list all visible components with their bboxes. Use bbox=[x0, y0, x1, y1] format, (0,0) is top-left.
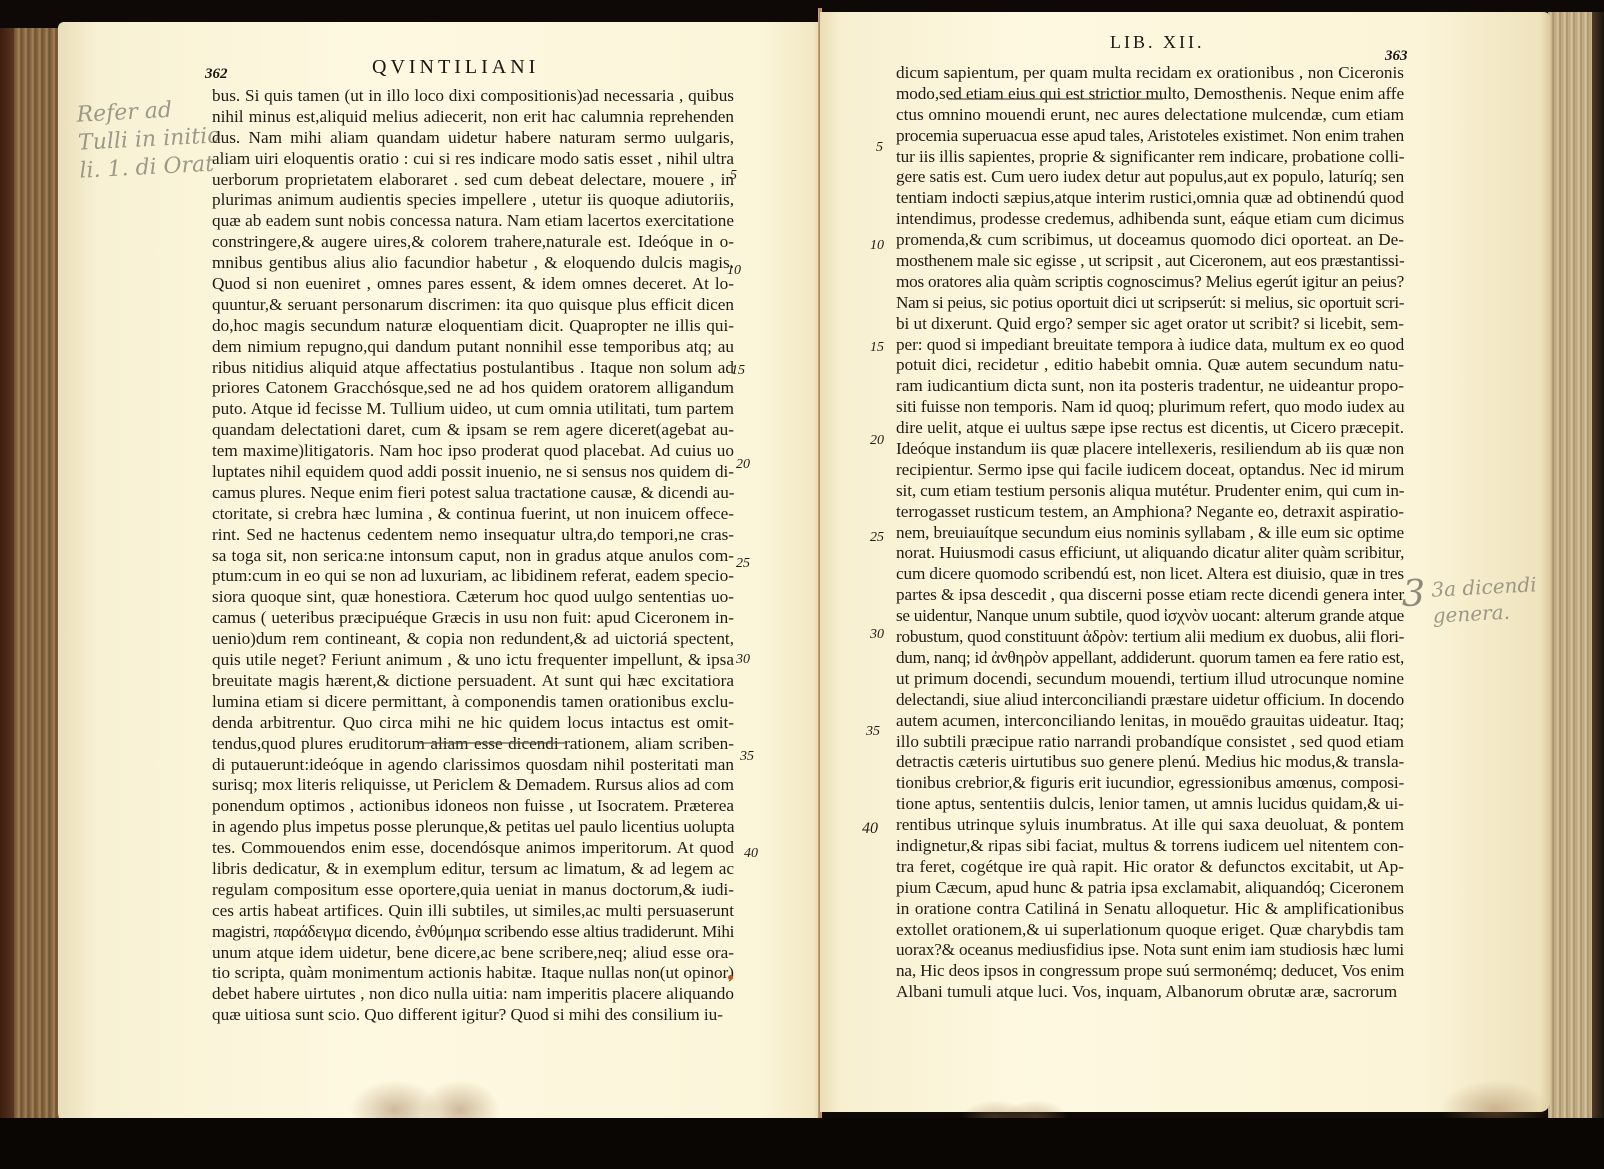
text-line: tra feret, cogétque ire quà rapit. Hic o… bbox=[896, 857, 1404, 878]
text-line: ribus nitidius aliquid atque affectatius… bbox=[212, 358, 734, 379]
red-ink-dot bbox=[728, 975, 733, 980]
text-line: nem, breuiauítque secundum eius nominis … bbox=[896, 523, 1404, 544]
text-line: do,hoc magis secundum naturæ eloquentiam… bbox=[212, 316, 734, 337]
text-line: ctoritate, si crebra hæc lumina , & cont… bbox=[212, 504, 734, 525]
text-line: breuitate magis hærent,& dictione persua… bbox=[212, 671, 734, 692]
text-line: debet habere uirtutes , non dico nulla u… bbox=[212, 984, 734, 1005]
text-line: recipientur. Sermo ipse qui facile iudic… bbox=[896, 460, 1404, 481]
text-line: tio scripta, quàm monimentum actionis ha… bbox=[212, 963, 734, 984]
left-page-text: bus. Si quis tamen (ut in illo loco dixi… bbox=[212, 86, 734, 1026]
text-line: autem acumen, interconciliando lenitas, … bbox=[896, 711, 1404, 732]
text-line: terrogasset rusticum testem, an Amphiona… bbox=[896, 502, 1404, 523]
text-line: tione aptus, sententiis dulcis, lenior t… bbox=[896, 794, 1404, 815]
line-number: 35 bbox=[740, 749, 754, 765]
text-line: camus ( ueteribus præcipuéque Græcis in … bbox=[212, 608, 734, 629]
text-line: in oratione contra Catiliná in Senatu al… bbox=[896, 899, 1404, 920]
line-number: 20 bbox=[870, 433, 884, 449]
text-line: priores Catonem Gracchósque,sed ne ad ho… bbox=[212, 378, 734, 399]
text-line: dus. Nam mihi aliam quandam uidetur habe… bbox=[212, 128, 734, 149]
text-line: tur iis illis sapientes, proprie & signi… bbox=[896, 147, 1404, 168]
text-line: tentiam indocti sæpius,atque interim rus… bbox=[896, 188, 1404, 209]
text-line: dem nimium repugno,qui dandum putant non… bbox=[212, 337, 734, 358]
text-line: quæ uitiosa sunt scio. Quo different igi… bbox=[212, 1005, 734, 1026]
annotation-line: genera. bbox=[1432, 597, 1539, 628]
text-line: bi ut dixerunt. Quid ergo? semper sic ag… bbox=[896, 314, 1404, 335]
text-line: di putauerunt:ideóque in agendo clarissi… bbox=[212, 755, 734, 776]
text-line: Quod si non eueniret , omnes pares essen… bbox=[212, 274, 734, 295]
text-line: nihil minus est,aliquid melius adiecerit… bbox=[212, 107, 734, 128]
line-number: 10 bbox=[727, 263, 741, 279]
text-line: mos oratores alia quàm scriptis cognosci… bbox=[896, 272, 1404, 293]
text-line: per: quod si impediant breuitate tempora… bbox=[896, 335, 1404, 356]
text-line: aliam uiri eloquentis oratio : cui si re… bbox=[212, 149, 734, 170]
ink-underline bbox=[948, 98, 1163, 100]
text-line: Nam si peius, sic potius oportuit dici u… bbox=[896, 293, 1404, 314]
text-line: ces artis habeat artifices. Quin illi su… bbox=[212, 901, 734, 922]
text-line: uorax?& oceanus mediusfidius ipse. Nota … bbox=[896, 940, 1404, 961]
text-line: modo,sed etiam eius qui est strictior mu… bbox=[896, 84, 1404, 105]
text-line: detractis cæteris uirtutibus suo genere … bbox=[896, 752, 1404, 773]
text-line: surisq; mox literis reliquisse, ut Peric… bbox=[212, 775, 734, 796]
text-line: norat. Huiusmodi casus efficiunt, ut ali… bbox=[896, 543, 1404, 564]
text-line: siti fuisse non temporis. Nam id quoq; p… bbox=[896, 397, 1404, 418]
left-folio-number: 362 bbox=[205, 66, 228, 83]
text-line: uerborum proprietatem elaboraret . sed c… bbox=[212, 170, 734, 191]
line-number: 40 bbox=[744, 846, 758, 862]
text-line: ut primum docendi, secundum mouendi, ter… bbox=[896, 669, 1404, 690]
text-line: quandam delectationi daret, cum & ipsam … bbox=[212, 420, 734, 441]
open-book-spread: 362 QVINTILIANI Refer ad Tulli in initio… bbox=[0, 0, 1604, 1169]
text-line: extollet orationem,& ui superlationum qu… bbox=[896, 920, 1404, 941]
text-line: quuntur,& seruant personarum discrimen: … bbox=[212, 295, 734, 316]
right-page-edges bbox=[1548, 12, 1604, 1122]
text-line: ctus omnino mouendi erunt, nec aures del… bbox=[896, 105, 1404, 126]
text-line: intendimus, prodesse credemus, adhibenda… bbox=[896, 209, 1404, 230]
text-line: rentibus utrinque syluis inumbratus. At … bbox=[896, 815, 1404, 836]
text-line: camus plures. Neque enim fieri potest sa… bbox=[212, 483, 734, 504]
text-line: delectandi, siue aliud interconciliandi … bbox=[896, 690, 1404, 711]
line-number: 40 bbox=[862, 820, 878, 838]
table-background bbox=[0, 1118, 1604, 1169]
text-line: sa toga sit, non serica:ne intonsum capu… bbox=[212, 546, 734, 567]
text-line: procemia superuacua esse apud tales, Ari… bbox=[896, 126, 1404, 147]
text-line: rint. Sed ne hactenus cedentem nemo inse… bbox=[212, 525, 734, 546]
text-line: tem maxime)litigatoris. Nam hoc ipso pro… bbox=[212, 441, 734, 462]
ink-underline bbox=[418, 742, 566, 744]
text-line: in agendo plus impetus posse plerunque,&… bbox=[212, 817, 734, 838]
text-line: lumina etiam si dicere permittant, à com… bbox=[212, 692, 734, 713]
margin-bracket-mark: 3 bbox=[1402, 574, 1425, 615]
line-number: 15 bbox=[870, 340, 884, 356]
text-line: dire uelit, atque ei uultus sæpe ipse re… bbox=[896, 418, 1404, 439]
text-line: indignetur,& ripas sibi faciat, multus &… bbox=[896, 836, 1404, 857]
text-line: sit, cum etiam testium personis aliqua m… bbox=[896, 481, 1404, 502]
text-line: bus. Si quis tamen (ut in illo loco dixi… bbox=[212, 86, 734, 107]
line-number: 25 bbox=[870, 530, 884, 546]
right-running-head: LIB. XII. bbox=[1110, 32, 1204, 53]
text-line: luptates nihil equidem quod addi possit … bbox=[212, 462, 734, 483]
text-line: Albani tumuli atque luci. Vos, inquam, A… bbox=[896, 982, 1404, 1003]
text-line: dicum sapientum, per quam multa recidam … bbox=[896, 63, 1404, 84]
text-line: quis utile neget? Feriunt animum , & uno… bbox=[212, 650, 734, 671]
annotation-line: 3a dicendi bbox=[1431, 571, 1538, 602]
text-line: ram iudicantium dicta sunt, non ita post… bbox=[896, 376, 1404, 397]
line-number: 35 bbox=[866, 724, 880, 740]
right-margin-annotation: 3a dicendi genera. bbox=[1431, 571, 1539, 628]
left-margin-annotation: Refer ad Tulli in initio li. 1. di Orat bbox=[76, 94, 223, 185]
text-line: quæ ab eadem sunt nobis concessa natura.… bbox=[212, 211, 734, 232]
text-line: promenda,& cum scribimus, ut doceamus qu… bbox=[896, 230, 1404, 251]
line-number: 5 bbox=[730, 168, 737, 184]
text-line: se uidentur, Nanque unum subtile, quod ἰ… bbox=[896, 606, 1404, 627]
text-line: mnibus gentibus alius alio facundior hab… bbox=[212, 253, 734, 274]
text-line: libris dedicatur, & in exemplum editur, … bbox=[212, 859, 734, 880]
text-line: tionibus crebrior,& figuris erit iucundi… bbox=[896, 773, 1404, 794]
text-line: unum atque idem uidetur, bene dicere,ac … bbox=[212, 943, 734, 964]
text-line: potuit dici, recidetur , editio habebit … bbox=[896, 355, 1404, 376]
text-line: Ideóque instandum iis quæ placere intell… bbox=[896, 439, 1404, 460]
text-line: tes. Commouendos enim esse, docendósque … bbox=[212, 838, 734, 859]
line-number: 10 bbox=[870, 238, 884, 254]
text-line: robustum, quod constituunt ἁδρὸν: tertiu… bbox=[896, 627, 1404, 648]
text-line: constringere,& augere uires,& colorem tr… bbox=[212, 232, 734, 253]
text-line: ptum:cum in eo qui se non ad luxuriam, a… bbox=[212, 566, 734, 587]
text-line: denda arbitrentur. Quo circa mihi ne hic… bbox=[212, 713, 734, 734]
text-line: ponendum optimos , actionibus idoneos no… bbox=[212, 796, 734, 817]
text-line: cum dicere quomodo scribendú est, non li… bbox=[896, 564, 1404, 585]
text-line: tendus,quod plures eruditorum aliam esse… bbox=[212, 734, 734, 755]
text-line: illo subtili præcipue ratio narrandi pro… bbox=[896, 732, 1404, 753]
line-number: 30 bbox=[870, 627, 884, 643]
text-line: mosthenem male sic egisse , ut scripsit … bbox=[896, 251, 1404, 272]
text-line: uenio)dum rem contineant, & copia non re… bbox=[212, 629, 734, 650]
text-line: gere satis est. Cum uero iudex detur aut… bbox=[896, 167, 1404, 188]
text-line: plurimas animum audientis species impell… bbox=[212, 190, 734, 211]
text-line: regulam compositum esse oportere,quia ue… bbox=[212, 880, 734, 901]
text-line: magistri, παράδειγμα dicendo, ἐνθύμημα s… bbox=[212, 922, 734, 943]
line-number: 25 bbox=[736, 556, 750, 572]
line-number: 15 bbox=[731, 363, 745, 379]
line-number: 5 bbox=[876, 140, 883, 156]
text-line: pium Cæcum, apud hunc & patria ipsa excl… bbox=[896, 878, 1404, 899]
line-number: 20 bbox=[736, 457, 750, 473]
text-line: na, Hic deos ipsos in congressum prope s… bbox=[896, 961, 1404, 982]
line-number: 30 bbox=[736, 652, 750, 668]
text-line: dum, nanq; id ἀνθηρὸν appellant, addider… bbox=[896, 648, 1404, 669]
text-line: siora quoque sint, quæ honestiora. Cæter… bbox=[212, 587, 734, 608]
text-line: partes & ipsa descedit , qua discerni po… bbox=[896, 585, 1404, 606]
text-line: puto. Atque id fecisse M. Tullium uideo,… bbox=[212, 399, 734, 420]
left-page-edges bbox=[0, 28, 64, 1118]
left-running-head: QVINTILIANI bbox=[372, 56, 539, 79]
right-page-text: dicum sapientum, per quam multa recidam … bbox=[896, 63, 1404, 1003]
